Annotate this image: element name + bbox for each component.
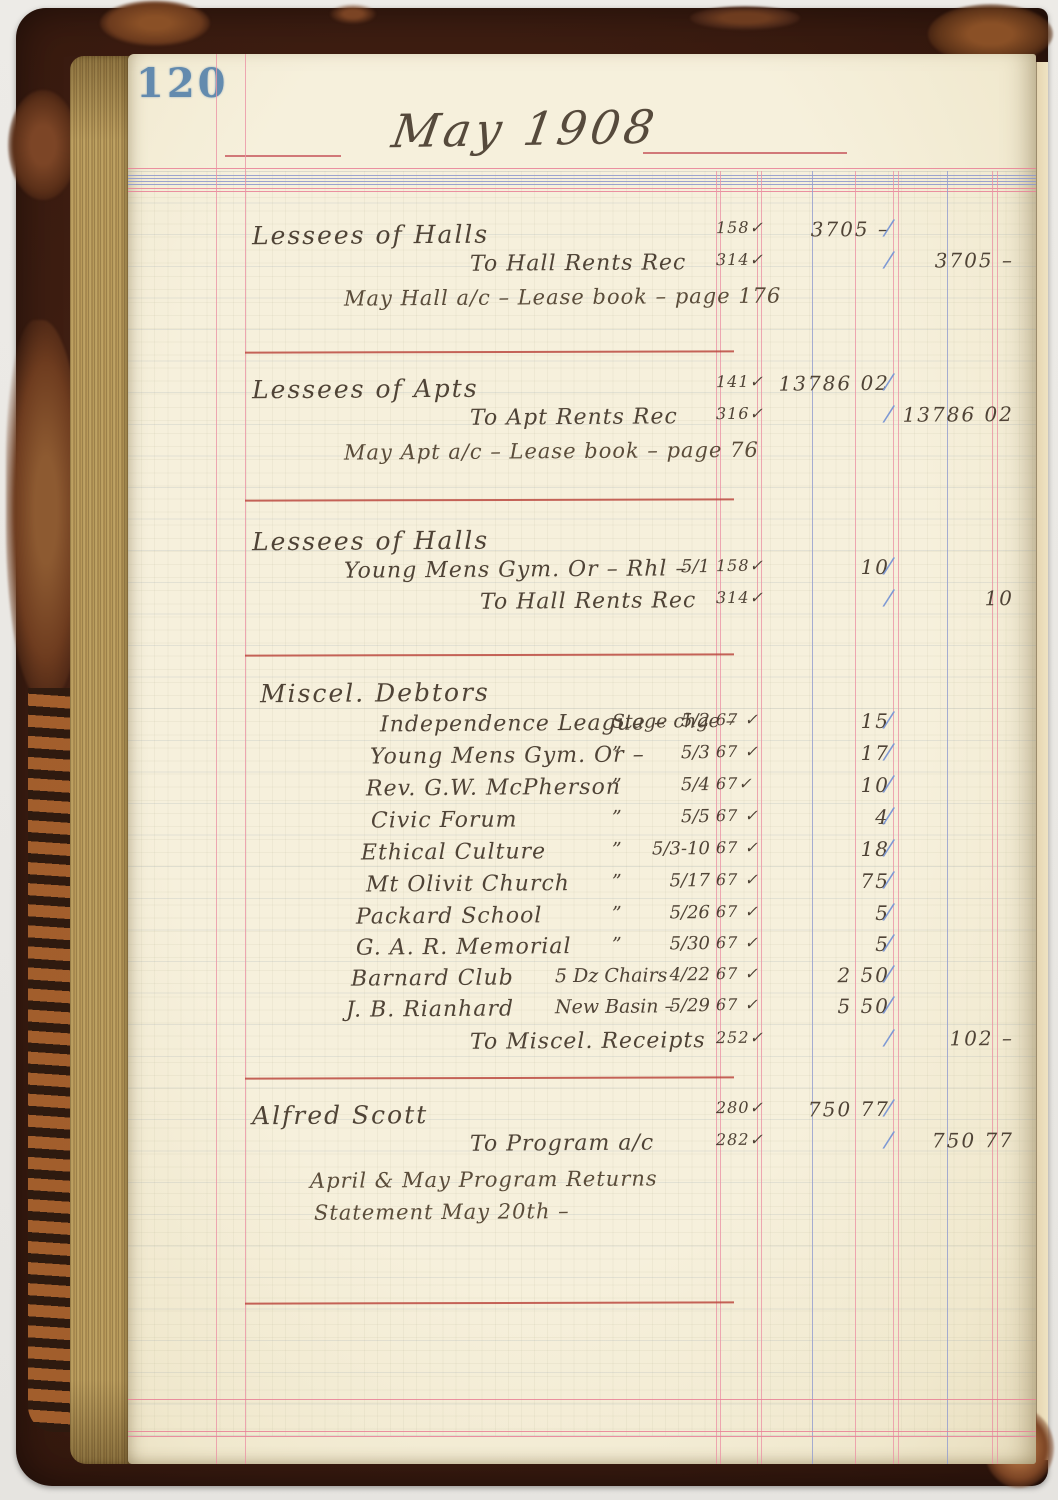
entry-separator-line (245, 350, 734, 353)
entry-date (630, 218, 710, 219)
photographed-ledger: { "page_number": "120", "title": "May 19… (0, 0, 1058, 1500)
entry-description: May Hall a/c – Lease book – page 176 (344, 284, 782, 311)
ledger-row: May Apt a/c – Lease book – page 76 (128, 436, 1036, 472)
entry-description: J. B. Rianhard (346, 996, 514, 1022)
posting-tick-icon (885, 436, 909, 438)
entry-description: To Apt Rents Rec (470, 404, 678, 430)
debit-amount: 10 (760, 773, 890, 798)
credit-amount: 102 – (902, 1026, 1014, 1051)
folio-number: 141✓ (716, 372, 760, 391)
entry-description: To Program a/c (470, 1130, 654, 1156)
credit-amount: 10 (902, 586, 1014, 611)
ledger-row: Independence League –Stage chge –5/267 ✓… (128, 708, 1036, 744)
footer-rule (128, 1431, 1036, 1432)
ledger-row: Young Mens Gym. Or –”5/367 ✓17∕ (128, 740, 1036, 776)
debit-amount: 15 (760, 709, 890, 734)
debit-amount: 13786 02 (760, 371, 890, 396)
entry-separator-line (245, 1076, 734, 1079)
ledger-row: Alfred Scott280✓750 77∕ (128, 1096, 1036, 1132)
folio-number: 67 ✓ (716, 710, 760, 729)
header-band-line (128, 188, 1036, 189)
debit-amount: 5 (760, 932, 890, 957)
credit-amount: 750 77 (902, 1128, 1014, 1153)
posting-tick-icon: ∕ (884, 900, 910, 927)
credit-amount: 3705 – (902, 248, 1014, 273)
torn-leather-tuft (8, 90, 78, 200)
credit-amount (902, 522, 1014, 523)
entry-description: Lessees of Halls (252, 526, 489, 557)
debit-amount (760, 1197, 890, 1198)
entry-date (630, 1098, 710, 1099)
debit-amount (760, 249, 890, 250)
page-title: May 1908 (310, 98, 740, 159)
posting-tick-icon: ∕ (884, 993, 910, 1020)
entry-separator-line (245, 498, 734, 501)
entry-description: May Apt a/c – Lease book – page 76 (344, 438, 759, 465)
ledger-row: Ethical Culture”5/3-1067 ✓18∕ (128, 836, 1036, 872)
folio-number: 158✓ (716, 218, 760, 237)
posting-tick-icon (885, 1164, 909, 1166)
debit-amount: 10 (760, 555, 890, 580)
posting-tick-icon (885, 282, 909, 284)
credit-amount (902, 993, 1014, 994)
ledger-row: Lessees of Halls (128, 522, 1036, 558)
ledger-row: Mt Olivit Church”5/1767 ✓75∕ (128, 868, 1036, 904)
ledger-row: To Miscel. Receipts252✓∕102 – (128, 1026, 1036, 1062)
credit-amount (902, 931, 1014, 932)
entry-date: 5/29 (630, 995, 710, 1017)
debit-amount (760, 1129, 890, 1130)
credit-amount (902, 868, 1014, 869)
debit-amount (760, 437, 890, 438)
footer-rule (128, 1399, 1036, 1400)
posting-tick-icon: ∕ (884, 772, 910, 799)
folio-number: 314✓ (716, 250, 760, 269)
posting-tick-icon: ∕ (884, 216, 910, 243)
entry-description: Lessees of Apts (252, 374, 479, 405)
debit-amount: 75 (760, 869, 890, 894)
title-underline-left (225, 155, 341, 157)
ledger-row: Miscel. Debtors (128, 674, 1036, 710)
ledger-row: Young Mens Gym. Or – Rhl –5/1158✓10∕ (128, 554, 1036, 590)
entry-date: 5/3-10 (630, 838, 710, 860)
next-page-edge (1036, 62, 1048, 1460)
folio-number: 282✓ (716, 1130, 760, 1149)
footer-rule (128, 1436, 1036, 1437)
torn-leather-tuft (690, 6, 800, 30)
entry-description: To Miscel. Receipts (470, 1028, 706, 1055)
credit-amount (902, 836, 1014, 837)
ledger-row: April & May Program Returns (128, 1164, 1036, 1200)
credit-amount (902, 740, 1014, 741)
folio-number: 67 ✓ (716, 870, 760, 889)
folio-number: 280✓ (716, 1098, 760, 1117)
entry-description: Packard School (356, 903, 543, 929)
folio-number: 314✓ (716, 588, 760, 607)
torn-leather-tuft (100, 0, 210, 46)
ledger-row: To Apt Rents Rec316✓∕13786 02 (128, 402, 1036, 438)
page-number-stamp: 120 (136, 60, 229, 107)
header-band-line (128, 191, 1036, 192)
credit-amount (902, 1196, 1014, 1197)
entry-date (630, 372, 710, 373)
ledger-row: To Program a/c282✓∕750 77 (128, 1128, 1036, 1164)
credit-amount (902, 900, 1014, 901)
folio-number: 67 ✓ (716, 902, 760, 921)
credit-amount (902, 1096, 1014, 1097)
ledger-row: J. B. RianhardNew Basin –5/2967 ✓5 50∕ (128, 993, 1036, 1029)
ledger-page: 120 May 1908 Lessees of Halls158✓3705 –∕… (128, 54, 1036, 1464)
debit-amount: 2 50 (760, 963, 890, 988)
ledger-row: Civic Forum”5/567 ✓4∕ (128, 804, 1036, 840)
folio-number: 158✓ (716, 556, 760, 575)
entry-description: Ethical Culture (361, 839, 546, 865)
credit-amount (902, 216, 1014, 217)
folio-number: 67 ✓ (716, 995, 760, 1014)
entry-date (630, 1198, 710, 1199)
ledger-row: G. A. R. Memorial”5/3067 ✓5∕ (128, 931, 1036, 967)
entry-date: 5/5 (630, 806, 710, 828)
posting-tick-icon (885, 1196, 909, 1198)
posting-tick-icon (885, 522, 909, 524)
entry-date: 5/30 (630, 933, 710, 955)
ledger-row: Rev. G.W. McPherson”5/467✓10∕ (128, 772, 1036, 808)
entry-date: 5/2 (630, 710, 710, 732)
debit-amount (760, 523, 890, 524)
debit-amount: 5 50 (760, 994, 890, 1019)
ledger-row: Lessees of Halls158✓3705 –∕ (128, 216, 1036, 252)
credit-amount (902, 1164, 1014, 1165)
folio-number: 67 ✓ (716, 742, 760, 761)
entry-detail: ” (612, 807, 622, 829)
entry-detail: ” (612, 839, 622, 861)
entry-detail: ” (612, 775, 622, 797)
posting-tick-icon: ∕ (884, 740, 910, 767)
entry-date (630, 676, 710, 677)
debit-amount: 17 (760, 741, 890, 766)
credit-amount (902, 674, 1014, 675)
posting-tick-icon: ∕ (884, 836, 910, 863)
entry-description: Miscel. Debtors (260, 678, 490, 709)
entry-description: Alfred Scott (252, 1100, 428, 1130)
entry-description: April & May Program Returns (310, 1166, 658, 1192)
ledger-row: Statement May 20th – (128, 1196, 1036, 1232)
ledger-row: To Hall Rents Rec314✓∕10 (128, 586, 1036, 622)
entry-description: Lessees of Halls (252, 220, 489, 251)
debit-amount (760, 403, 890, 404)
debit-amount (760, 1165, 890, 1166)
torn-leather-tuft (330, 4, 376, 24)
posting-tick-icon: ∕ (884, 868, 910, 895)
folio-number: 67 ✓ (716, 838, 760, 857)
entry-separator-line (245, 1301, 734, 1304)
posting-tick-icon: ∕ (884, 708, 910, 735)
entry-description: Mt Olivit Church (366, 871, 570, 897)
entry-date: 5/17 (630, 870, 710, 892)
ledger-row: To Hall Rents Rec314✓∕3705 – (128, 248, 1036, 284)
posting-tick-icon (885, 674, 909, 676)
debit-amount (760, 587, 890, 588)
entry-description: To Hall Rents Rec (480, 588, 697, 615)
debit-amount: 750 77 (760, 1097, 890, 1122)
posting-tick-icon: ∕ (884, 1096, 910, 1123)
ledger-row: Packard School”5/2667 ✓5∕ (128, 900, 1036, 936)
credit-amount (902, 962, 1014, 963)
folio-number: 316✓ (716, 404, 760, 423)
ledger-row: May Hall a/c – Lease book – page 176 (128, 282, 1036, 318)
debit-amount (760, 675, 890, 676)
entry-separator-line (245, 653, 734, 656)
entry-description: Statement May 20th – (314, 1199, 570, 1225)
gilt-page-edges (70, 56, 130, 1464)
header-band-line (128, 175, 1036, 176)
posting-tick-icon: ∕ (884, 804, 910, 831)
debit-amount: 18 (760, 837, 890, 862)
credit-amount (902, 804, 1014, 805)
credit-amount: 13786 02 (902, 402, 1014, 427)
entry-date (630, 524, 710, 525)
header-band-line (128, 184, 1036, 185)
posting-tick-icon: ∕ (884, 931, 910, 958)
debit-amount: 5 (760, 901, 890, 926)
entry-date: 5/26 (630, 902, 710, 924)
entry-date: 5/4 (630, 774, 710, 796)
posting-tick-icon: ∕ (884, 370, 910, 397)
entry-detail: ” (612, 934, 622, 956)
debit-amount: 4 (760, 805, 890, 830)
marbled-board-edge (28, 688, 76, 1432)
header-band-line (128, 178, 1036, 179)
header-band-line (128, 181, 1036, 182)
credit-amount (902, 282, 1014, 283)
credit-amount (902, 370, 1014, 371)
credit-amount (902, 554, 1014, 555)
title-underline-right (643, 152, 847, 154)
entry-description: Barnard Club (351, 965, 514, 991)
entry-detail: ” (612, 903, 622, 925)
debit-amount: 3705 – (760, 217, 890, 242)
entry-date: 5/3 (630, 742, 710, 764)
credit-amount (902, 772, 1014, 773)
posting-tick-icon: ∕ (884, 554, 910, 581)
ledger-row: Lessees of Apts141✓13786 02∕ (128, 370, 1036, 406)
entry-description: To Hall Rents Rec (470, 250, 687, 277)
folio-number: 67 ✓ (716, 806, 760, 825)
ledger-row: Barnard Club5 Dz Chairs4/2267 ✓2 50∕ (128, 962, 1036, 998)
entry-description: G. A. R. Memorial (356, 934, 572, 961)
entry-description: Young Mens Gym. Or – (370, 743, 645, 770)
entry-description: Civic Forum (371, 807, 518, 833)
folio-number: 67✓ (716, 774, 760, 793)
debit-amount (760, 1027, 890, 1028)
header-band-line (128, 168, 1036, 169)
entry-date: 5/1 (630, 556, 710, 578)
entry-description: Rev. G.W. McPherson (366, 775, 621, 802)
credit-amount (902, 708, 1014, 709)
credit-amount (902, 436, 1014, 437)
entry-date: 4/22 (630, 964, 710, 986)
entry-detail: ” (612, 743, 622, 765)
entry-detail: ” (612, 871, 622, 893)
folio-number: 67 ✓ (716, 933, 760, 952)
folio-number: 252✓ (716, 1028, 760, 1047)
posting-tick-icon: ∕ (884, 962, 910, 989)
folio-number: 67 ✓ (716, 964, 760, 983)
